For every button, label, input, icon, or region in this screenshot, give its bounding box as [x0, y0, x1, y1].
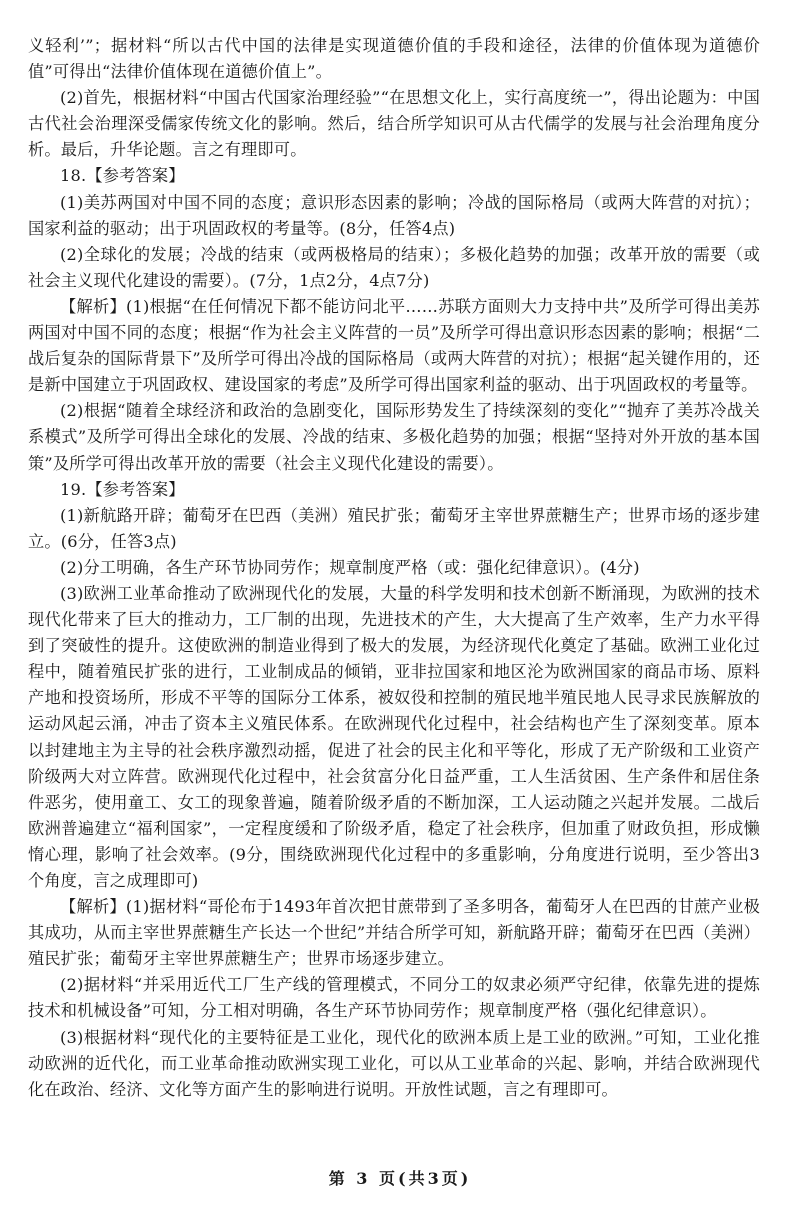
paragraph-q19-answer-2: (2)分工明确，各生产环节协同劳作；规章制度严格（或：强化纪律意识）。(4分): [28, 555, 760, 581]
page-number-footer: 第 3 页(共3页): [0, 1166, 800, 1189]
paragraph-continuation: 义轻利’”；据材料“所以古代中国的法律是实现道德价值的手段和途径，法律的价值体现…: [28, 33, 760, 85]
document-body: 义轻利’”；据材料“所以古代中国的法律是实现道德价值的手段和途径，法律的价值体现…: [28, 33, 760, 1103]
paragraph-q17-part2: (2)首先，根据材料“中国古代国家治理经验”“在思想文化上，实行高度统一”，得出…: [28, 85, 760, 163]
paragraph-q19-answer-1: (1)新航路开辟；葡萄牙在巴西（美洲）殖民扩张；葡萄牙主宰世界蔗糖生产；世界市场…: [28, 503, 760, 555]
paragraph-q18-answer-1: (1)美苏两国对中国不同的态度；意识形态因素的影响；冷战的国际格局（或两大阵营的…: [28, 190, 760, 242]
paragraph-q18-answer-2: (2)全球化的发展；冷战的结束（或两极格局的结束）；多极化趋势的加强；改革开放的…: [28, 242, 760, 294]
paragraph-q19-analysis-1: 【解析】(1)据材料“哥伦布于1493年首次把甘蔗带到了圣多明各，葡萄牙人在巴西…: [28, 894, 760, 972]
paragraph-q18-analysis-2: (2)根据“随着全球经济和政治的急剧变化，国际形势发生了持续深刻的变化”“抛弃了…: [28, 398, 760, 476]
paragraph-q18-analysis-1: 【解析】(1)根据“在任何情况下都不能访问北平……苏联方面则大力支持中共”及所学…: [28, 294, 760, 398]
heading-q18-answer: 18.【参考答案】: [28, 163, 760, 189]
heading-q19-answer: 19.【参考答案】: [28, 477, 760, 503]
paragraph-q19-answer-3: (3)欧洲工业革命推动了欧洲现代化的发展，大量的科学发明和技术创新不断涌现，为欧…: [28, 581, 760, 894]
paragraph-q19-analysis-3: (3)根据材料“现代化的主要特征是工业化，现代化的欧洲本质上是工业的欧洲。”可知…: [28, 1025, 760, 1103]
paragraph-q19-analysis-2: (2)据材料“并采用近代工厂生产线的管理模式，不同分工的奴隶必须严守纪律，依靠先…: [28, 972, 760, 1024]
